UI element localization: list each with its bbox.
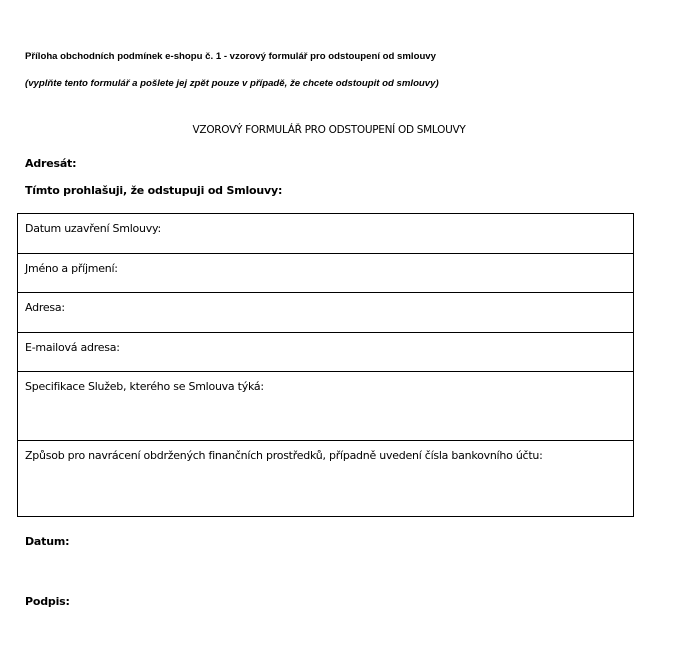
- date-label: Datum:: [25, 535, 69, 548]
- signature-label: Podpis:: [25, 595, 70, 608]
- email-label: E-mailová adresa:: [25, 341, 120, 354]
- fill-instruction: (vyplňte tento formulář a pošlete jej zp…: [25, 78, 439, 89]
- form-row-address[interactable]: Adresa:: [18, 293, 633, 333]
- declaration-text: Tímto prohlašuji, že odstupuji od Smlouv…: [25, 184, 282, 197]
- form-row-email[interactable]: E-mailová adresa:: [18, 333, 633, 373]
- form-row-services-spec[interactable]: Specifikace Služeb, kterého se Smlouva t…: [18, 372, 633, 441]
- refund-method-label: Způsob pro navrácení obdržených finanční…: [25, 449, 543, 462]
- form-row-contract-date[interactable]: Datum uzavření Smlouvy:: [18, 214, 633, 254]
- form-row-refund-method[interactable]: Způsob pro navrácení obdržených finanční…: [18, 441, 633, 516]
- addressee-label: Adresát:: [25, 157, 76, 170]
- services-spec-label: Specifikace Služeb, kterého se Smlouva t…: [25, 380, 264, 393]
- contract-date-label: Datum uzavření Smlouvy:: [25, 222, 161, 235]
- withdrawal-form-table: Datum uzavření Smlouvy: Jméno a příjmení…: [17, 213, 634, 517]
- annex-title: Příloha obchodních podmínek e-shopu č. 1…: [25, 51, 436, 62]
- full-name-label: Jméno a příjmení:: [25, 262, 118, 275]
- form-title-text: VZOROVÝ FORMULÁŘ PRO ODSTOUPENÍ OD SMLOU…: [193, 124, 466, 136]
- form-title: VZOROVÝ FORMULÁŘ PRO ODSTOUPENÍ OD SMLOU…: [0, 124, 676, 136]
- address-label: Adresa:: [25, 301, 65, 314]
- form-row-full-name[interactable]: Jméno a příjmení:: [18, 254, 633, 294]
